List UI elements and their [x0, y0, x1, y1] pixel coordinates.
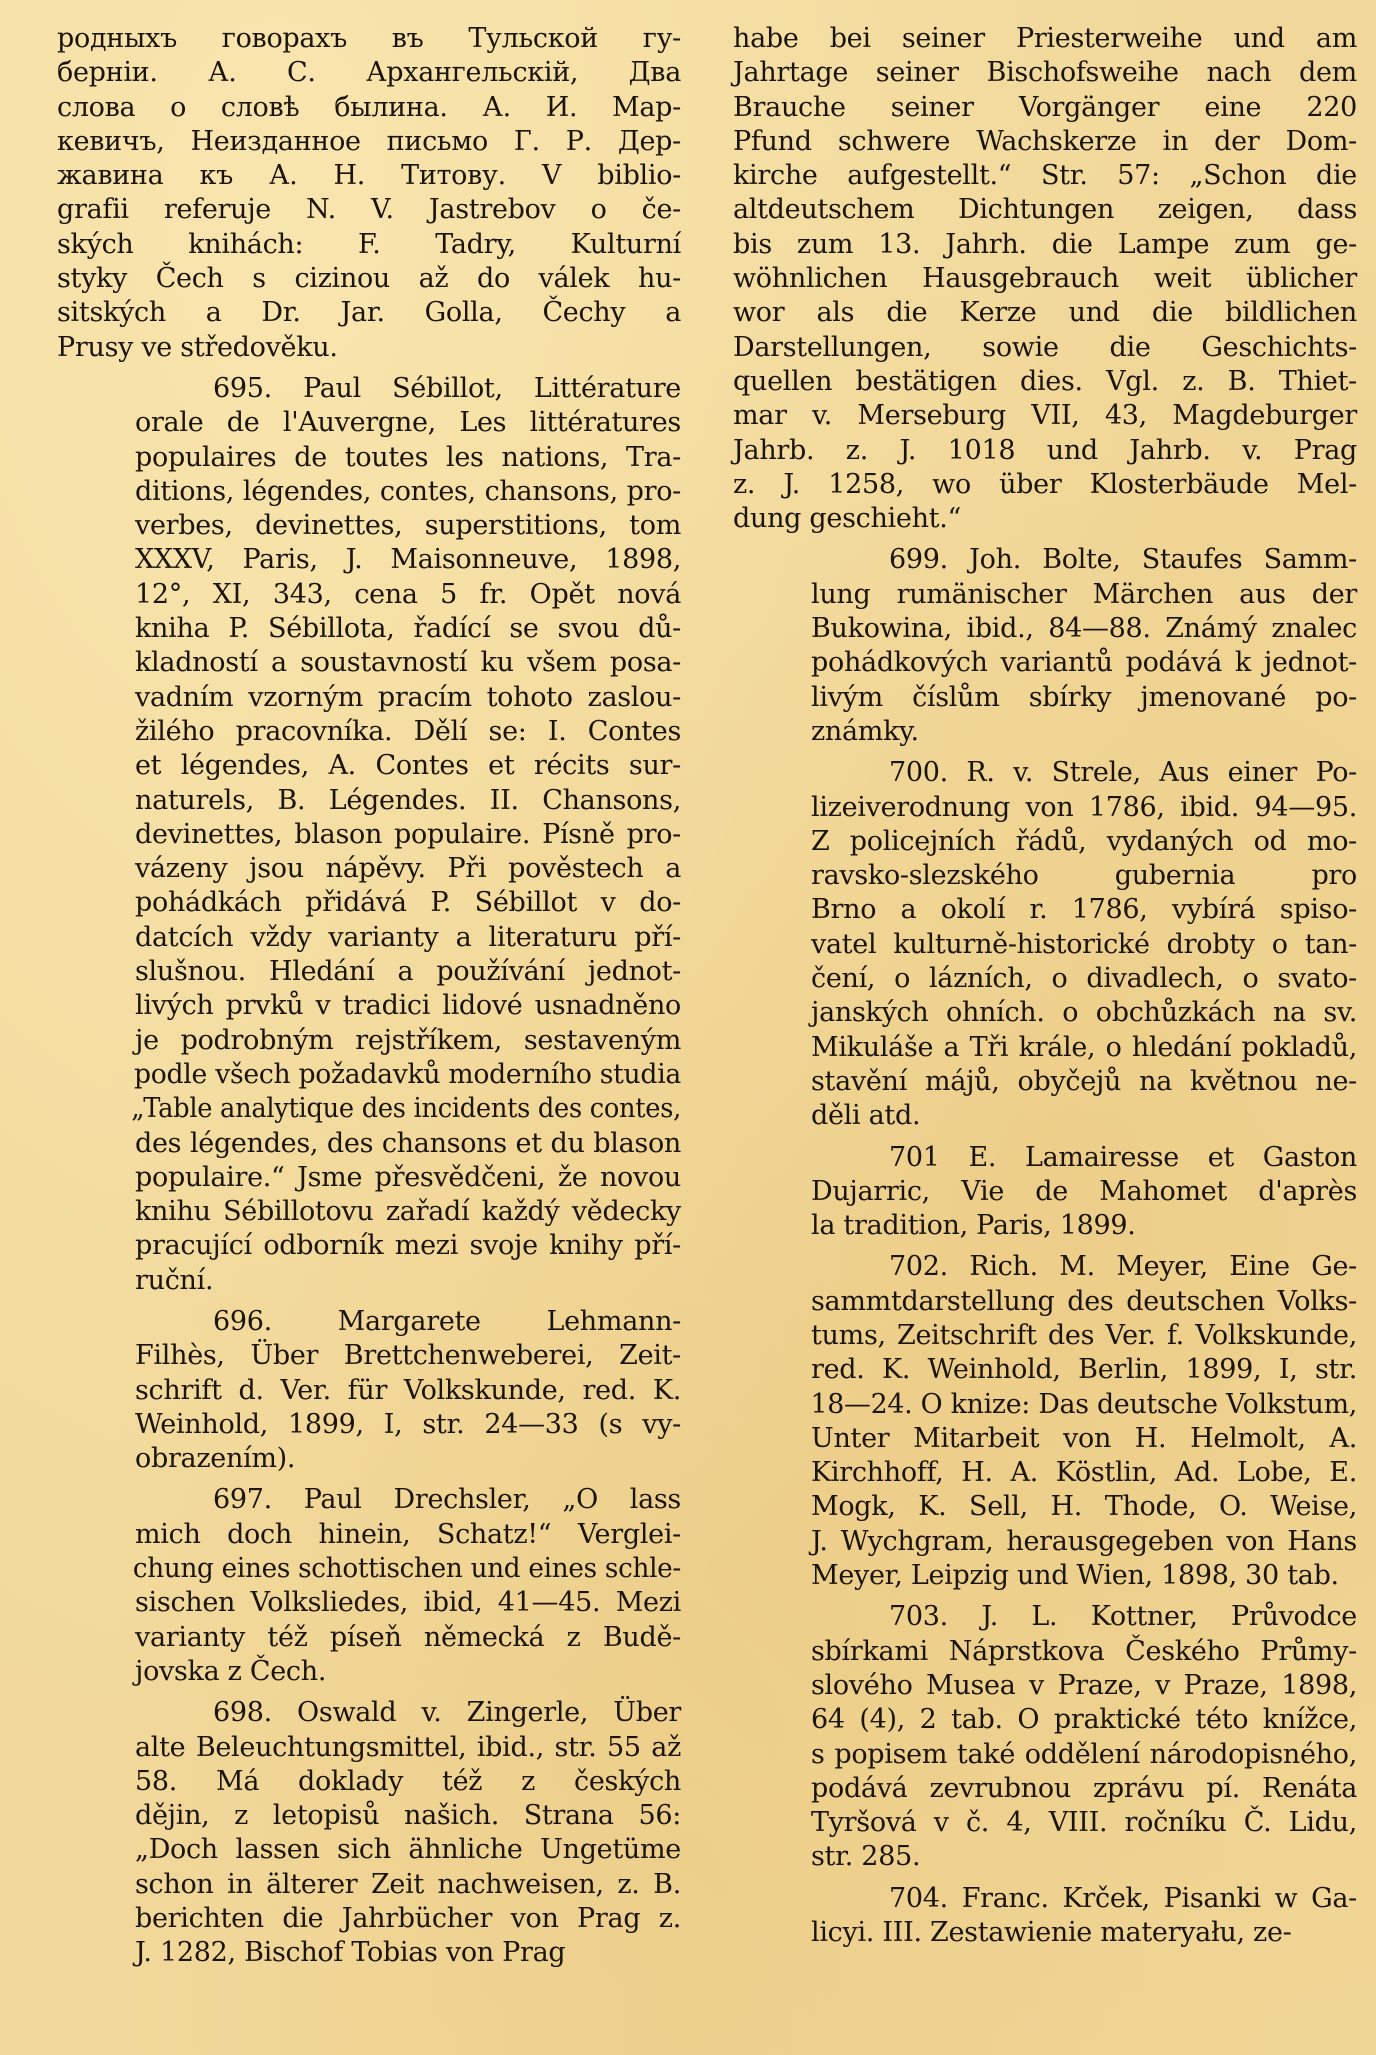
text-line: родныхъ говорахъ въ Тульской гу- [57, 22, 681, 56]
text-line: sischen Volksliedes, ibid, 41—45. Mezi [57, 1586, 681, 1620]
text-line: slušnou. Hledání a používání jednot- [57, 955, 681, 989]
text-line: livým číslům sbírky jmenované po- [733, 681, 1357, 715]
text-line: 695. Paul Sébillot, Littérature [57, 372, 681, 406]
text-line: Darstellungen, sowie die Geschichts- [733, 331, 1357, 365]
text-line: 704. Franc. Krček, Pisanki w Ga- [733, 1882, 1357, 1916]
text-line: J. 1282, Bischof Tobias von Prag [57, 1936, 681, 1970]
text-line: 702. Rich. M. Meyer, Eine Ge- [733, 1250, 1357, 1284]
text-line: Tyršová v č. 4, VIII. ročníku Č. Lidu, [733, 1806, 1357, 1840]
text-line: Z policejních řádů, vydaných od mo- [733, 825, 1357, 859]
text-line: bis zum 13. Jahrh. die Lampe zum ge- [733, 228, 1357, 262]
text-line: berichten die Jahrbücher von Prag z. [57, 1902, 681, 1936]
text-line: je podrobným rejstříkem, sestaveným [57, 1024, 681, 1058]
text-line: styky Čech s cizinou až do válek hu- [57, 262, 681, 296]
text-line: mar v. Merseburg VII, 43, Magdeburger [733, 399, 1357, 433]
bibliography-entry: 695. Paul Sébillot, Littératureorale de … [57, 372, 681, 1298]
bibliography-entry: 704. Franc. Krček, Pisanki w Ga-licyi. I… [733, 1882, 1357, 1951]
text-line: licyi. III. Zestawienie materyału, ze- [733, 1916, 1357, 1950]
text-line: wor als die Kerze und die bildlichen [733, 296, 1357, 330]
text-line: pohádkách přidává P. Sébillot v do- [57, 886, 681, 920]
text-line: jovska z Čech. [57, 1655, 681, 1689]
text-line: Jahrb. z. J. 1018 und Jahrb. v. Prag [733, 434, 1357, 468]
text-line: stavění májů, obyčejů na květnou ne- [733, 1065, 1357, 1099]
text-line: Brauche seiner Vorgänger eine 220 [733, 91, 1357, 125]
text-line: red. K. Weinhold, Berlin, 1899, I, str. [733, 1353, 1357, 1387]
text-line: берніи. А. С. Архангельскій, Два [57, 56, 681, 90]
text-line: altdeutschem Dichtungen zeigen, dass [733, 193, 1357, 227]
bibliography-entry: 703. J. L. Kottner, Průvodcesbírkami Náp… [733, 1600, 1357, 1874]
text-line: „Table analytique des incidents des cont… [57, 1092, 681, 1126]
text-line: 64 (4), 2 tab. O praktické této knížce, [733, 1703, 1357, 1737]
text-line: lizeiverodnung von 1786, ibid. 94—95. [733, 791, 1357, 825]
text-line: devinettes, blason populaire. Písně pro- [57, 818, 681, 852]
bibliography-entry: 701 E. Lamairesse et GastonDujarric, Vie… [733, 1141, 1357, 1244]
text-line: dung geschieht.“ [733, 502, 1357, 536]
text-line: des légendes, des chansons et du blason [57, 1127, 681, 1161]
text-line: děli atd. [733, 1099, 1357, 1133]
text-line: slového Musea v Praze, v Praze, 1898, [733, 1669, 1357, 1703]
bibliography-entry: 699. Joh. Bolte, Staufes Samm-lung rumän… [733, 543, 1357, 749]
text-line: J. Wychgram, herausgegeben von Hans [733, 1525, 1357, 1559]
text-line: Brno a okolí r. 1786, vybírá spiso- [733, 893, 1357, 927]
text-line: 697. Paul Drechsler, „O lass [57, 1483, 681, 1517]
text-line: alte Beleuchtungsmittel, ibid., str. 55 … [57, 1731, 681, 1765]
text-line: кевичъ, Неизданное письмо Г. Р. Дер- [57, 125, 681, 159]
text-line: známky. [733, 715, 1357, 749]
text-line: Unter Mitarbeit von H. Helmolt, A. [733, 1422, 1357, 1456]
text-line: жавина къ А. Н. Титову. V biblio- [57, 159, 681, 193]
text-line: populaire.“ Jsme přesvědčeni, že novou [57, 1161, 681, 1195]
text-line: podle všech požadavků moderního studia [57, 1058, 681, 1092]
text-line: XXXV, Paris, J. Maisonneuve, 1898, [57, 543, 681, 577]
text-line: ských knihách: F. Tadry, Kulturní [57, 228, 681, 262]
text-line: Meyer, Leipzig und Wien, 1898, 30 tab. [733, 1559, 1357, 1593]
text-line: Bukowina, ibid., 84—88. Známý znalec [733, 612, 1357, 646]
text-line: Prusy ve středověku. [57, 331, 681, 365]
text-line: str. 285. [733, 1840, 1357, 1874]
right-column: habe bei seiner Priesterweihe und amJahr… [733, 22, 1357, 1957]
text-line: 18—24. O knize: Das deutsche Volkstum, [733, 1388, 1357, 1422]
text-line: grafii referuje N. V. Jastrebov o če- [57, 193, 681, 227]
text-line: sitských a Dr. Jar. Golla, Čechy a [57, 296, 681, 330]
text-line: 700. R. v. Strele, Aus einer Po- [733, 756, 1357, 790]
text-line: quellen bestätigen dies. Vgl. z. B. Thie… [733, 365, 1357, 399]
text-line: sbírkami Náprstkova Českého Průmy- [733, 1635, 1357, 1669]
bibliography-entry: 698. Oswald v. Zingerle, Überalte Beleuc… [57, 1696, 681, 1970]
text-line: varianty též píseň německá z Budě- [57, 1621, 681, 1655]
text-line: 699. Joh. Bolte, Staufes Samm- [733, 543, 1357, 577]
text-line: слова о словѣ былина. А. И. Мар- [57, 91, 681, 125]
text-line: chung eines schottischen und eines schle… [57, 1552, 681, 1586]
text-line: 698. Oswald v. Zingerle, Über [57, 1696, 681, 1730]
text-line: schrift d. Ver. für Volkskunde, red. K. [57, 1374, 681, 1408]
text-line: Mogk, K. Sell, H. Thode, O. Weise, [733, 1490, 1357, 1524]
bibliography-entry: 700. R. v. Strele, Aus einer Po-lizeiver… [733, 756, 1357, 1133]
text-line: kirche aufgestellt.“ Str. 57: „Schon die [733, 159, 1357, 193]
text-line: sammtdarstellung des deutschen Volks- [733, 1285, 1357, 1319]
text-line: kniha P. Sébillota, řadící se svou dů- [57, 612, 681, 646]
text-line: livých prvků v tradici lidové usnadněno [57, 989, 681, 1023]
text-line: verbes, devinettes, superstitions, tom [57, 509, 681, 543]
left-column: родныхъ говорахъ въ Тульской гу-берніи. … [57, 22, 681, 1978]
text-line: žilého pracovníka. Dělí se: I. Contes [57, 715, 681, 749]
text-line: pohádkových variantů podává k jednot- [733, 646, 1357, 680]
text-line: 696. Margarete Lehmann- [57, 1305, 681, 1339]
text-line: naturels, B. Légendes. II. Chansons, [57, 784, 681, 818]
text-line: Weinhold, 1899, I, str. 24—33 (s vy- [57, 1408, 681, 1442]
text-line: vázeny jsou nápěvy. Při pověstech a [57, 852, 681, 886]
text-line: ravsko-slezského gubernia pro [733, 859, 1357, 893]
text-line: z. J. 1258, wo über Klosterbäude Mel- [733, 468, 1357, 502]
text-line: datcích vždy varianty a literaturu pří- [57, 921, 681, 955]
text-line: janských ohních. o obchůzkách na sv. [733, 996, 1357, 1030]
text-line: Filhès, Über Brettchenweberei, Zeit- [57, 1339, 681, 1373]
text-line: knihu Sébillotovu zařadí každý vědecky [57, 1195, 681, 1229]
text-line: Dujarric, Vie de Mahomet d'après [733, 1175, 1357, 1209]
text-line: tums, Zeitschrift des Ver. f. Volkskunde… [733, 1319, 1357, 1353]
text-line: 58. Má doklady též z českých [57, 1765, 681, 1799]
text-line: ditions, légendes, contes, chansons, pro… [57, 475, 681, 509]
text-line: vatel kulturně-historické drobty o tan- [733, 928, 1357, 962]
text-line: „Doch lassen sich ähnliche Ungetüme [57, 1833, 681, 1867]
text-line: kladností a soustavností ku všem posa- [57, 646, 681, 680]
document-page: родныхъ говорахъ въ Тульской гу-берніи. … [0, 0, 1376, 2055]
text-line: mich doch hinein, Schatz!“ Verglei- [57, 1518, 681, 1552]
text-line: čení, o lázních, o divadlech, o svato- [733, 962, 1357, 996]
text-line: 12°, XI, 343, cena 5 fr. Opět nová [57, 578, 681, 612]
text-line: obrazením). [57, 1442, 681, 1476]
text-line: vadním vzorným pracím tohoto zaslou- [57, 681, 681, 715]
text-line: Jahrtage seiner Bischofsweihe nach dem [733, 56, 1357, 90]
text-line: ruční. [57, 1264, 681, 1298]
text-line: Pfund schwere Wachskerze in der Dom- [733, 125, 1357, 159]
text-line: schon in älterer Zeit nachweisen, z. B. [57, 1868, 681, 1902]
text-line: et légendes, A. Contes et récits sur- [57, 749, 681, 783]
continuation-paragraph: habe bei seiner Priesterweihe und amJahr… [733, 22, 1357, 536]
bibliography-entry: 696. Margarete Lehmann-Filhès, Über Bret… [57, 1305, 681, 1476]
text-line: la tradition, Paris, 1899. [733, 1209, 1357, 1243]
text-line: Mikuláše a Tři krále, o hledání pokladů, [733, 1031, 1357, 1065]
text-line: s popisem také oddělení národopisného, [733, 1738, 1357, 1772]
text-line: dějin, z letopisů našich. Strana 56: [57, 1799, 681, 1833]
text-line: pracující odborník mezi svoje knihy pří- [57, 1229, 681, 1263]
text-line: populaires de toutes les nations, Tra- [57, 441, 681, 475]
bibliography-entry: 702. Rich. M. Meyer, Eine Ge-sammtdarste… [733, 1250, 1357, 1593]
text-line: lung rumänischer Märchen aus der [733, 578, 1357, 612]
text-line: orale de l'Auvergne, Les littératures [57, 406, 681, 440]
text-line: 703. J. L. Kottner, Průvodce [733, 1600, 1357, 1634]
text-line: 701 E. Lamairesse et Gaston [733, 1141, 1357, 1175]
continuation-paragraph: родныхъ говорахъ въ Тульской гу-берніи. … [57, 22, 681, 365]
text-line: habe bei seiner Priesterweihe und am [733, 22, 1357, 56]
bibliography-entry: 697. Paul Drechsler, „O lassmich doch hi… [57, 1483, 681, 1689]
text-line: podává zevrubnou zprávu pí. Renáta [733, 1772, 1357, 1806]
text-line: wöhnlichen Hausgebrauch weit üblicher [733, 262, 1357, 296]
text-line: Kirchhoff, H. A. Köstlin, Ad. Lobe, E. [733, 1456, 1357, 1490]
